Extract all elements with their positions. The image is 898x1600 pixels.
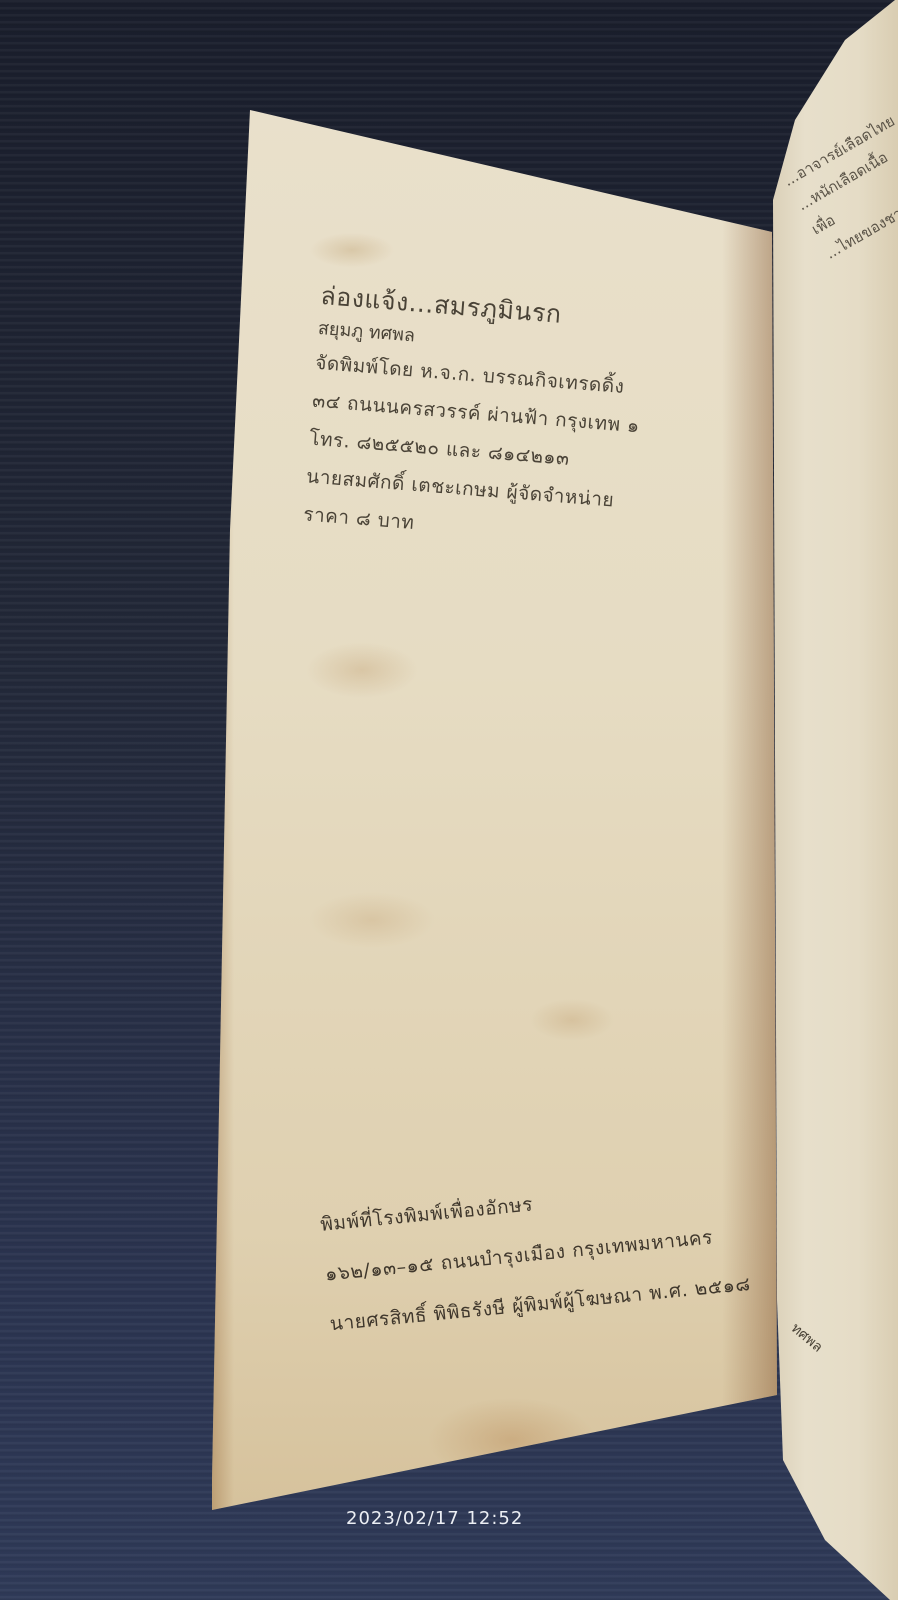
photo-timestamp: 2023/02/17 12:52 (346, 1508, 523, 1529)
imprint-block: ล่องแจ้ง...สมรภูมินรก สยุมภู ทศพล จัดพิม… (302, 278, 649, 559)
